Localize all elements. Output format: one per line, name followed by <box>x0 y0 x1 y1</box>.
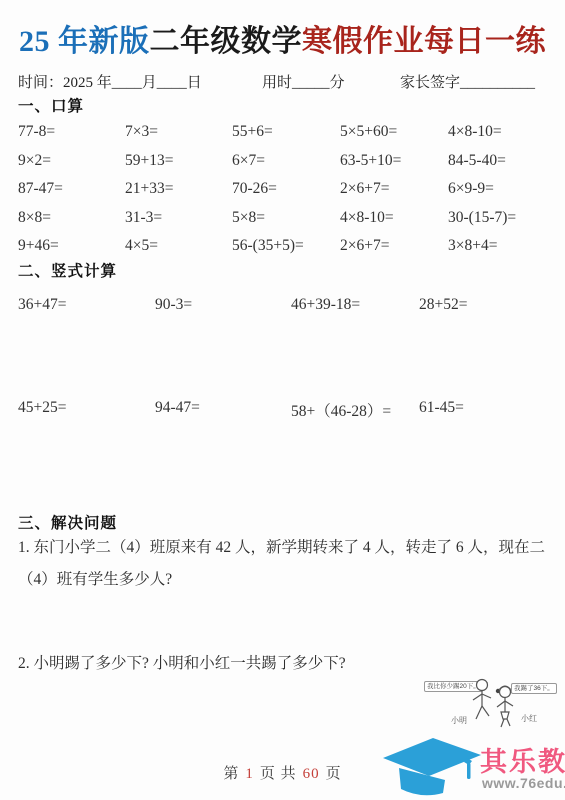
boy-name-label: 小明 <box>451 715 467 726</box>
kids-illustration: 我比你少踢20下。 我踢了36下。 小明 小红 <box>423 676 563 744</box>
oral-problem: 8×8= <box>18 209 125 226</box>
vertical-problems-row: 36+47= 90-3= 46+39-18= 28+52= <box>18 296 558 314</box>
word-problem-2: 2. 小明踢了多少下? 小明和小红一共踢了多少下? <box>18 653 553 674</box>
word-problem-1: 1. 东门小学二（4）班原来有 42 人，新学期转来了 4 人，转走了 6 人，… <box>18 537 553 558</box>
oral-problem: 4×8-10= <box>340 209 448 226</box>
graduation-cap-icon <box>383 736 481 796</box>
oral-problem: 4×8-10= <box>448 123 558 140</box>
oral-problem: 30-(15-7)= <box>448 209 558 226</box>
oral-problem: 7×3= <box>125 123 232 140</box>
oral-problem: 77-8= <box>18 123 125 140</box>
oral-problem: 9×2= <box>18 152 125 169</box>
oral-problem: 21+33= <box>125 180 232 197</box>
title-grade-subject: 二年级数学 <box>150 25 303 58</box>
vertical-problem: 45+25= <box>18 399 155 421</box>
oral-problem: 70-26= <box>232 180 340 197</box>
vertical-problem: 61-45= <box>419 399 558 421</box>
oral-problem: 87-47= <box>18 180 125 197</box>
section-heading-oral: 一、口算 <box>18 94 84 116</box>
oral-problem: 59+13= <box>125 152 232 169</box>
speech-bubble-right: 我踢了36下。 <box>511 683 557 694</box>
brand-name: 其乐教育 <box>480 740 565 779</box>
oral-problem: 31-3= <box>125 209 232 226</box>
vertical-problem: 94-47= <box>155 399 291 421</box>
oral-problem: 55+6= <box>232 123 340 140</box>
title-edition: 25 年新版 <box>19 25 150 58</box>
brand-url: www.76edu.com <box>482 775 565 791</box>
vertical-problem: 46+39-18= <box>291 296 419 314</box>
girl-name-label: 小红 <box>521 713 537 724</box>
oral-problem: 4×5= <box>125 237 232 254</box>
vertical-problem: 28+52= <box>419 296 558 314</box>
oral-problem: 9+46= <box>18 237 125 254</box>
oral-problem: 3×8+4= <box>448 237 558 254</box>
footer-suffix: 页 <box>326 766 342 782</box>
page-title: 25 年新版二年级数学寒假作业每日一练 <box>0 16 565 60</box>
total-page-number: 60 <box>303 766 320 782</box>
oral-problem: 5×5+60= <box>340 123 448 140</box>
section-heading-vertical: 二、竖式计算 <box>18 259 117 281</box>
date-blank-field: 时间：2025 年____月____日 <box>18 71 202 92</box>
oral-problem: 84-5-40= <box>448 152 558 169</box>
oral-problem: 56-(35+5)= <box>232 237 340 254</box>
oral-problems-grid: 77-8= 7×3= 55+6= 5×5+60= 4×8-10= 9×2= 59… <box>18 123 558 254</box>
duration-blank-field: 用时_____分 <box>262 71 345 92</box>
oral-problem: 6×9-9= <box>448 180 558 197</box>
word-problem-1-continued: （4）班有学生多少人? <box>18 569 553 590</box>
oral-problem: 2×6+7= <box>340 180 448 197</box>
vertical-problem: 36+47= <box>18 296 155 314</box>
vertical-problem: 90-3= <box>155 296 291 314</box>
vertical-problem: 58+（46-28）= <box>291 399 419 421</box>
current-page-number: 1 <box>245 766 254 782</box>
oral-problem: 6×7= <box>232 152 340 169</box>
oral-problem: 5×8= <box>232 209 340 226</box>
vertical-problems-row: 45+25= 94-47= 58+（46-28）= 61-45= <box>18 399 558 421</box>
info-line: 时间：2025 年____月____日 用时_____分 家长签字_______… <box>0 71 565 91</box>
footer-middle: 页 共 <box>260 766 297 782</box>
parent-signature-field: 家长签字__________ <box>400 71 535 92</box>
oral-problem: 63-5+10= <box>340 152 448 169</box>
footer-prefix: 第 <box>223 766 239 782</box>
section-heading-word-problems: 三、解决问题 <box>18 511 117 533</box>
title-topic: 寒假作业每日一练 <box>302 25 546 58</box>
worksheet-page: 25 年新版二年级数学寒假作业每日一练 时间：2025 年____月____日 … <box>0 0 565 800</box>
oral-problem: 2×6+7= <box>340 237 448 254</box>
